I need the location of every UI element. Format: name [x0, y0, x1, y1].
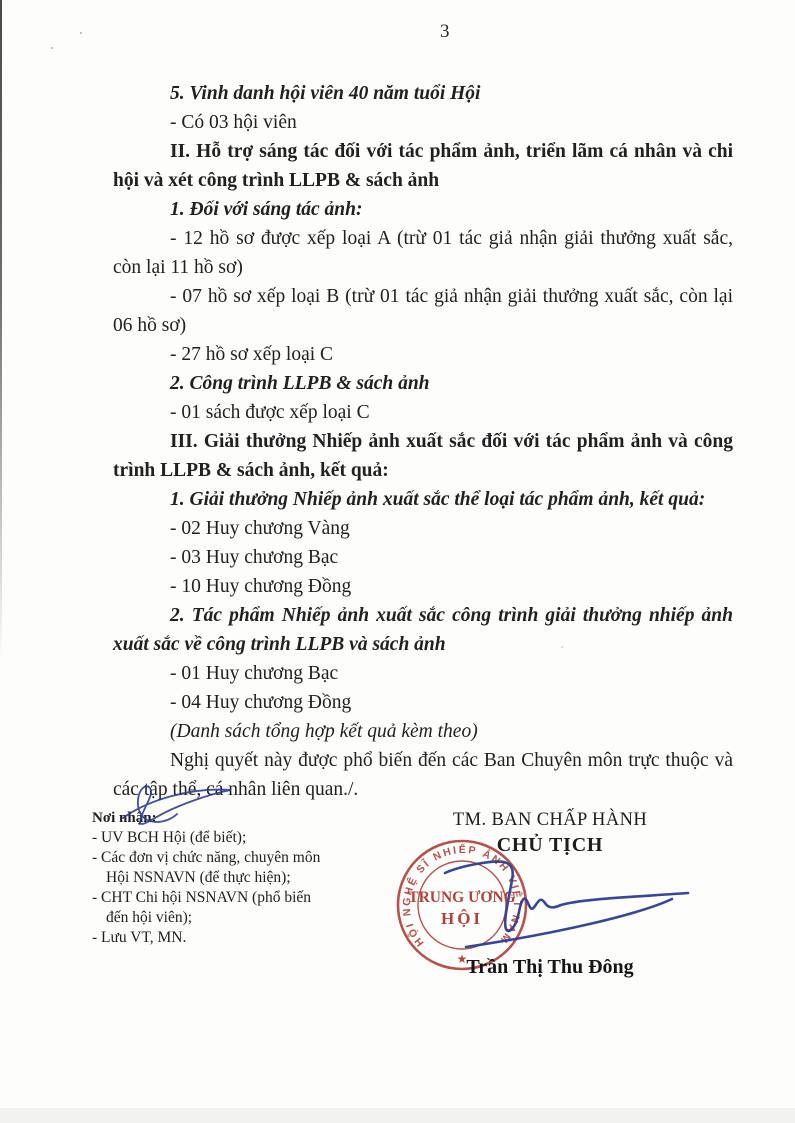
scan-bottom-shade	[0, 1108, 795, 1123]
signature-underline-stroke	[466, 899, 672, 947]
page-number: 3	[440, 21, 450, 43]
body-paragraph: - 12 hồ sơ được xếp loại A (trừ 01 tác g…	[113, 224, 733, 282]
body-paragraph: - 01 Huy chương Bạc	[113, 659, 733, 688]
paraph-stroke	[123, 786, 231, 824]
section-heading: 1. Giải thưởng Nhiếp ảnh xuất sắc thể lo…	[113, 485, 733, 514]
document-page: 3 5. Vinh danh hội viên 40 năm tuổi Hội …	[0, 0, 795, 1123]
scan-speck	[80, 32, 82, 34]
section-heading: II. Hỗ trợ sáng tác đối với tác phẩm ảnh…	[113, 137, 733, 195]
recipient-line: - Lưu VT, MN.	[92, 928, 372, 948]
body-paragraph: - 10 Huy chương Đồng	[113, 572, 733, 601]
recipient-line: - Các đơn vị chức năng, chuyên môn	[92, 848, 372, 868]
initials-paraph	[113, 778, 253, 840]
document-body: 5. Vinh danh hội viên 40 năm tuổi Hội - …	[113, 79, 733, 804]
section-heading: III. Giải thưởng Nhiếp ảnh xuất sắc đối …	[113, 427, 733, 485]
signature-main-stroke	[445, 862, 688, 931]
section-heading: 5. Vinh danh hội viên 40 năm tuổi Hội	[113, 79, 733, 108]
body-paragraph: - 02 Huy chương Vàng	[113, 514, 733, 543]
recipient-line: Hội NSNAVN (để thực hiện);	[92, 868, 372, 888]
body-paragraph: - 27 hồ sơ xếp loại C	[113, 340, 733, 369]
body-paragraph: - 03 Huy chương Bạc	[113, 543, 733, 572]
body-paragraph: - Có 03 hội viên	[113, 108, 733, 137]
section-heading: 1. Đối với sáng tác ảnh:	[113, 195, 733, 224]
scan-speck	[51, 47, 53, 49]
section-heading: 2. Công trình LLPB & sách ảnh	[113, 369, 733, 398]
recipient-line: - CHT Chi hội NSNAVN (phổ biến	[92, 888, 372, 908]
body-paragraph: - 07 hồ sơ xếp loại B (trừ 01 tác giả nh…	[113, 282, 733, 340]
scan-edge-artifact	[0, 0, 2, 660]
handwritten-signature	[400, 840, 700, 970]
attachment-note: (Danh sách tổng hợp kết quả kèm theo)	[113, 717, 733, 746]
recipient-line: đến hội viên);	[92, 908, 372, 928]
body-paragraph: - 04 Huy chương Đồng	[113, 688, 733, 717]
signing-authority: TM. BAN CHẤP HÀNH	[415, 810, 685, 831]
body-paragraph: - 01 sách được xếp loại C	[113, 398, 733, 427]
section-heading: 2. Tác phẩm Nhiếp ảnh xuất sắc công trìn…	[113, 601, 733, 659]
